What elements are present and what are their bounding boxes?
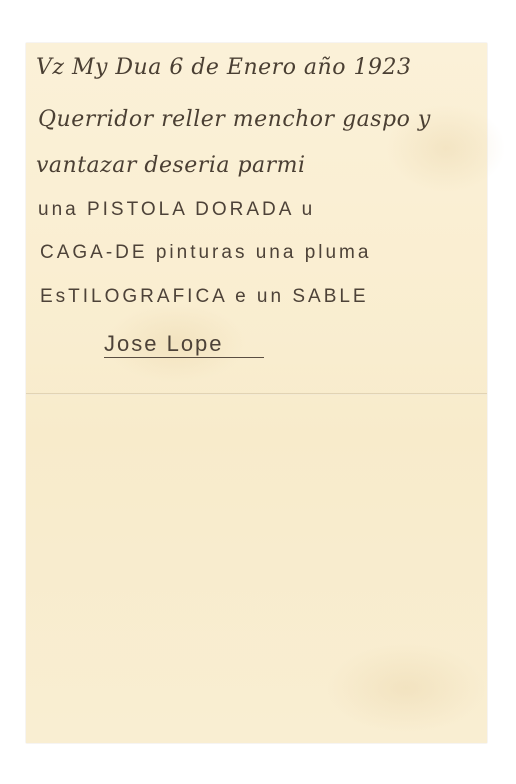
paper-stain — [326, 643, 486, 733]
signature: Jose Lope — [104, 333, 264, 358]
letter-line-item-pen-sabre: EsTILOGRAFICA e un SABLE — [40, 287, 369, 306]
letter-line-item-paints: CAGA-DE pinturas una pluma — [40, 243, 371, 262]
letter-page: Vz My Dua 6 de Enero año 1923 Querridor … — [26, 43, 487, 743]
letter-line-item-pistol: una PISTOLA DORADA u — [38, 200, 315, 219]
letter-line-date: Vz My Dua 6 de Enero año 1923 — [36, 57, 411, 79]
letter-line-greeting: Querridor reller menchor gaspo y — [38, 109, 431, 131]
fold-line — [26, 393, 487, 395]
letter-line-request: vantazar deseria parmi — [36, 155, 306, 177]
